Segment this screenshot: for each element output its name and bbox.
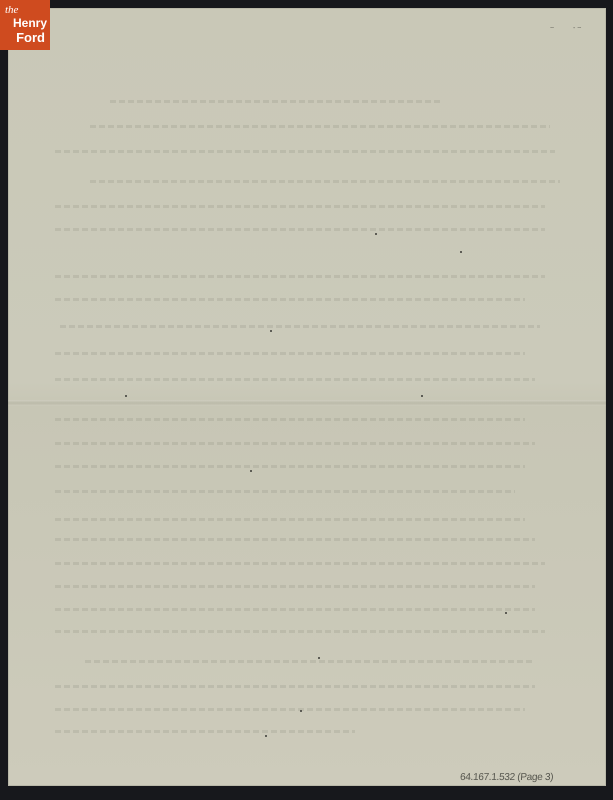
logo-the: the (5, 5, 18, 16)
ghost-text-line (55, 630, 545, 633)
corner-mark: - ~ (573, 25, 581, 32)
ghost-text-line (55, 585, 535, 588)
document-page: ~ - ~ (8, 8, 606, 786)
ghost-text-line (55, 418, 525, 421)
ghost-text-line (85, 660, 535, 663)
paper-speck (250, 470, 252, 472)
ghost-text-line (55, 562, 545, 565)
logo-ford: Ford (16, 31, 45, 44)
ghost-text-line (55, 538, 535, 541)
ghost-text-line (55, 608, 535, 611)
paper-speck (375, 233, 377, 235)
ghost-text-line (55, 442, 535, 445)
page-fold (8, 400, 606, 406)
ghost-text-line (55, 275, 545, 278)
logo-henry: Henry (13, 17, 47, 29)
paper-speck (421, 395, 423, 397)
ghost-text-line (55, 465, 525, 468)
ghost-text-line (55, 518, 525, 521)
ghost-text-line (55, 685, 535, 688)
paper-speck (125, 395, 127, 397)
ghost-text-line (110, 100, 440, 103)
henry-ford-logo: the Henry Ford (0, 0, 50, 50)
paper-speck (318, 657, 320, 659)
ghost-text-line (90, 180, 560, 183)
ghost-text-line (90, 125, 550, 128)
ghost-text-line (55, 490, 515, 493)
ghost-text-line (60, 325, 540, 328)
paper-speck (265, 735, 267, 737)
ghost-text-line (55, 730, 355, 733)
ghost-text-line (55, 298, 525, 301)
paper-speck (270, 330, 272, 332)
paper-speck (505, 612, 507, 614)
ghost-text-line (55, 205, 545, 208)
paper-speck (300, 710, 302, 712)
paper-speck (460, 251, 462, 253)
ghost-text-line (55, 708, 525, 711)
ghost-text-line (55, 228, 545, 231)
ghost-text-line (55, 352, 525, 355)
ghost-text-line (55, 150, 555, 153)
ghost-text-line (55, 378, 535, 381)
catalog-number: 64.167.1.532 (Page 3) (460, 772, 554, 783)
corner-mark: ~ (550, 25, 554, 32)
